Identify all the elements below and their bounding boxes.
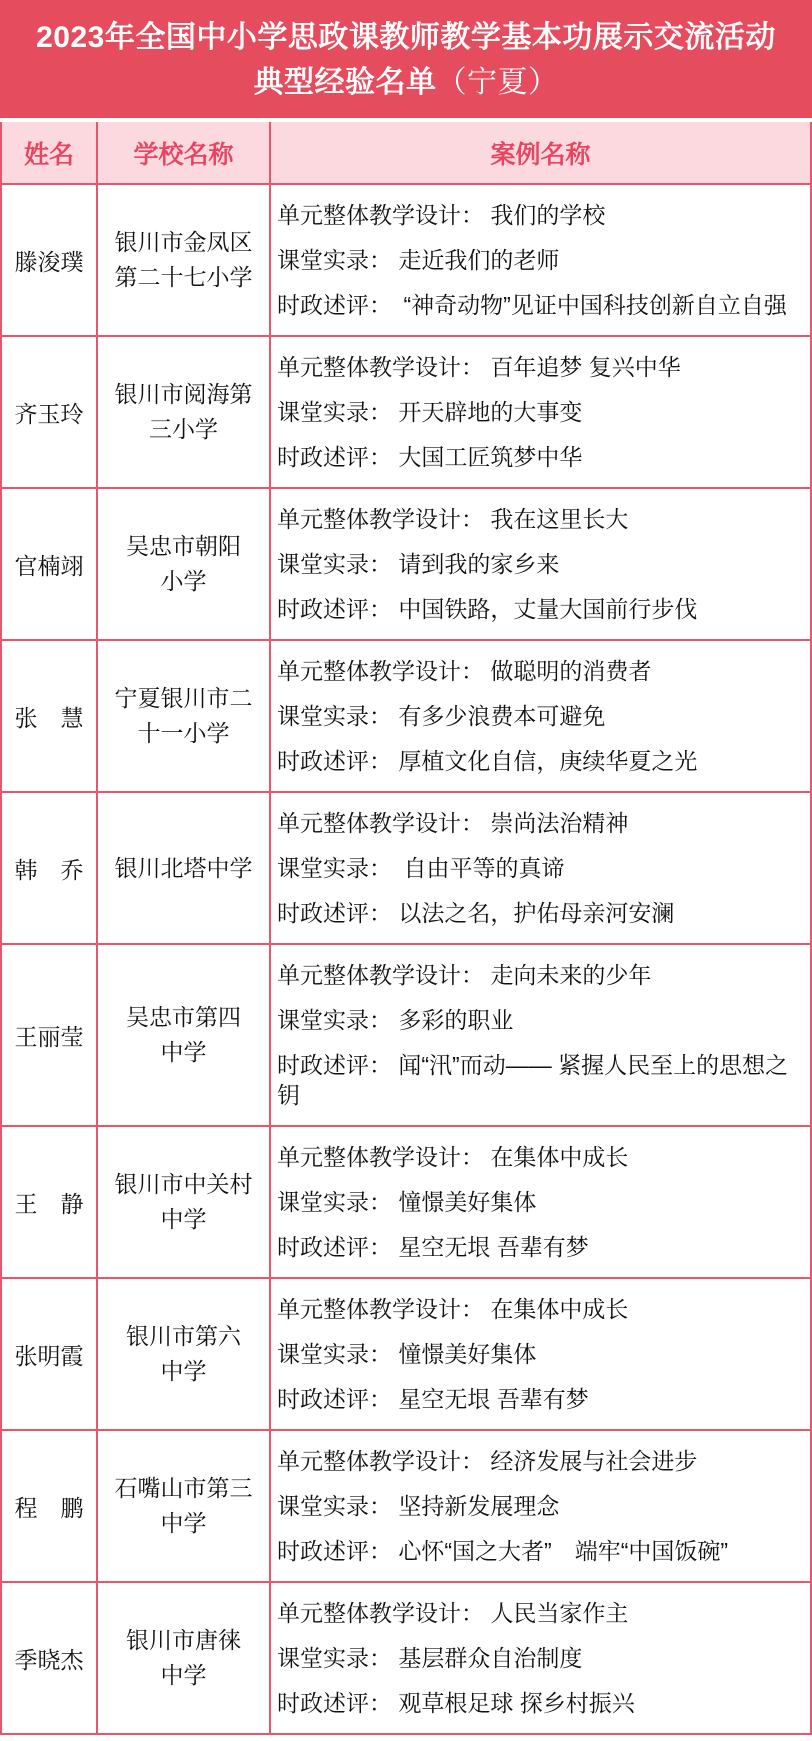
- header-name: 姓名: [1, 122, 97, 184]
- title-banner: 2023年全国中小学思政课教师教学基本功展示交流活动 典型经验名单（宁夏）: [0, 0, 812, 118]
- case-list: 单元整体教学设计： 经济发展与社会进步课堂实录： 坚持新发展理念时政述评： 心怀…: [270, 1430, 811, 1582]
- school-name: 银川市阅海第 三小学: [97, 336, 270, 488]
- case-item: 课堂实录： 憧憬美好集体: [277, 1187, 804, 1217]
- case-item: 课堂实录： 坚持新发展理念: [277, 1491, 804, 1521]
- case-item: 时政述评： 大国工匠筑梦中华: [277, 442, 804, 472]
- case-item: 单元整体教学设计： 做聪明的消费者: [277, 656, 804, 686]
- case-item: 单元整体教学设计： 在集体中成长: [277, 1294, 804, 1324]
- page-title-line1: 2023年全国中小学思政课教师教学基本功展示交流活动: [10, 15, 802, 60]
- case-list: 单元整体教学设计： 我们的学校课堂实录： 走近我们的老师时政述评： “神奇动物”…: [270, 184, 811, 336]
- case-item: 时政述评： 中国铁路，丈量大国前行步伐: [277, 594, 804, 624]
- teacher-name: 官楠翊: [1, 488, 97, 640]
- case-item: 单元整体教学设计： 走向未来的少年: [277, 960, 804, 990]
- case-item: 时政述评： “神奇动物”见证中国科技创新自立自强: [277, 290, 804, 320]
- table-body: 滕浚璞银川市金凤区 第二十七小学单元整体教学设计： 我们的学校课堂实录： 走近我…: [1, 184, 811, 1734]
- case-item: 单元整体教学设计： 百年追梦 复兴中华: [277, 352, 804, 382]
- case-item: 时政述评： 观草根足球 探乡村振兴: [277, 1688, 804, 1718]
- teacher-name: 王 静: [1, 1126, 97, 1278]
- case-list: 单元整体教学设计： 我在这里长大课堂实录： 请到我的家乡来时政述评： 中国铁路，…: [270, 488, 811, 640]
- case-item: 时政述评： 星空无垠 吾辈有梦: [277, 1232, 804, 1262]
- table-row: 王丽莹吴忠市第四 中学单元整体教学设计： 走向未来的少年课堂实录： 多彩的职业时…: [1, 944, 811, 1126]
- case-item: 单元整体教学设计： 在集体中成长: [277, 1142, 804, 1172]
- table-row: 王 静银川市中关村 中学单元整体教学设计： 在集体中成长课堂实录： 憧憬美好集体…: [1, 1126, 811, 1278]
- teacher-name: 滕浚璞: [1, 184, 97, 336]
- page-title-line2: 典型经验名单（宁夏）: [10, 60, 802, 105]
- school-name: 银川市第六 中学: [97, 1278, 270, 1430]
- case-item: 单元整体教学设计： 人民当家作主: [277, 1598, 804, 1628]
- school-name: 银川市中关村 中学: [97, 1126, 270, 1278]
- case-item: 课堂实录： 基层群众自治制度: [277, 1643, 804, 1673]
- case-item: 课堂实录： 有多少浪费本可避免: [277, 701, 804, 731]
- case-item: 时政述评： 厚植文化自信，庚续华夏之光: [277, 746, 804, 776]
- header-case: 案例名称: [270, 122, 811, 184]
- case-item: 课堂实录： 请到我的家乡来: [277, 549, 804, 579]
- case-item: 课堂实录： 开天辟地的大事变: [277, 397, 804, 427]
- table-row: 官楠翊吴忠市朝阳 小学单元整体教学设计： 我在这里长大课堂实录： 请到我的家乡来…: [1, 488, 811, 640]
- school-name: 银川市唐徕 中学: [97, 1582, 270, 1734]
- page-title-line2-main: 典型经验名单: [254, 66, 437, 99]
- case-item: 单元整体教学设计： 经济发展与社会进步: [277, 1446, 804, 1476]
- case-item: 时政述评： 星空无垠 吾辈有梦: [277, 1384, 804, 1414]
- table-row: 程 鹏石嘴山市第三 中学单元整体教学设计： 经济发展与社会进步课堂实录： 坚持新…: [1, 1430, 811, 1582]
- header-row: 姓名 学校名称 案例名称: [1, 122, 811, 184]
- case-item: 课堂实录： 憧憬美好集体: [277, 1339, 804, 1369]
- teacher-name: 王丽莹: [1, 944, 97, 1126]
- case-item: 时政述评： 以法之名，护佑母亲河安澜: [277, 898, 804, 928]
- teacher-name: 张明霞: [1, 1278, 97, 1430]
- school-name: 吴忠市朝阳 小学: [97, 488, 270, 640]
- header-school: 学校名称: [97, 122, 270, 184]
- case-item: 单元整体教学设计： 我们的学校: [277, 200, 804, 230]
- school-name: 银川市金凤区 第二十七小学: [97, 184, 270, 336]
- case-item: 时政述评： 闻“汛”而动—— 紧握人民至上的思想之钥: [277, 1050, 804, 1110]
- school-name: 石嘴山市第三 中学: [97, 1430, 270, 1582]
- school-name: 宁夏银川市二 十一小学: [97, 640, 270, 792]
- case-item: 课堂实录： 走近我们的老师: [277, 245, 804, 275]
- case-item: 单元整体教学设计： 崇尚法治精神: [277, 808, 804, 838]
- case-list: 单元整体教学设计： 做聪明的消费者课堂实录： 有多少浪费本可避免时政述评： 厚植…: [270, 640, 811, 792]
- case-item: 时政述评： 心怀“国之大者” 端牢“中国饭碗”: [277, 1536, 804, 1566]
- experience-table: 姓名 学校名称 案例名称 滕浚璞银川市金凤区 第二十七小学单元整体教学设计： 我…: [0, 122, 812, 1735]
- table-row: 韩 乔银川北塔中学单元整体教学设计： 崇尚法治精神课堂实录： 自由平等的真谛时政…: [1, 792, 811, 944]
- case-list: 单元整体教学设计： 人民当家作主课堂实录： 基层群众自治制度时政述评： 观草根足…: [270, 1582, 811, 1734]
- case-list: 单元整体教学设计： 在集体中成长课堂实录： 憧憬美好集体时政述评： 星空无垠 吾…: [270, 1126, 811, 1278]
- case-item: 单元整体教学设计： 我在这里长大: [277, 504, 804, 534]
- table-row: 张 慧宁夏银川市二 十一小学单元整体教学设计： 做聪明的消费者课堂实录： 有多少…: [1, 640, 811, 792]
- teacher-name: 张 慧: [1, 640, 97, 792]
- case-list: 单元整体教学设计： 走向未来的少年课堂实录： 多彩的职业时政述评： 闻“汛”而动…: [270, 944, 811, 1126]
- case-list: 单元整体教学设计： 崇尚法治精神课堂实录： 自由平等的真谛时政述评： 以法之名，…: [270, 792, 811, 944]
- table-row: 季晓杰银川市唐徕 中学单元整体教学设计： 人民当家作主课堂实录： 基层群众自治制…: [1, 1582, 811, 1734]
- case-item: 课堂实录： 多彩的职业: [277, 1005, 804, 1035]
- case-item: 课堂实录： 自由平等的真谛: [277, 853, 804, 883]
- teacher-name: 程 鹏: [1, 1430, 97, 1582]
- table-row: 张明霞银川市第六 中学单元整体教学设计： 在集体中成长课堂实录： 憧憬美好集体时…: [1, 1278, 811, 1430]
- school-name: 吴忠市第四 中学: [97, 944, 270, 1126]
- case-list: 单元整体教学设计： 在集体中成长课堂实录： 憧憬美好集体时政述评： 星空无垠 吾…: [270, 1278, 811, 1430]
- teacher-name: 齐玉玲: [1, 336, 97, 488]
- teacher-name: 韩 乔: [1, 792, 97, 944]
- teacher-name: 季晓杰: [1, 1582, 97, 1734]
- table-row: 齐玉玲银川市阅海第 三小学单元整体教学设计： 百年追梦 复兴中华课堂实录： 开天…: [1, 336, 811, 488]
- case-list: 单元整体教学设计： 百年追梦 复兴中华课堂实录： 开天辟地的大事变时政述评： 大…: [270, 336, 811, 488]
- school-name: 银川北塔中学: [97, 792, 270, 944]
- table-row: 滕浚璞银川市金凤区 第二十七小学单元整体教学设计： 我们的学校课堂实录： 走近我…: [1, 184, 811, 336]
- page-title-line2-region: （宁夏）: [437, 66, 559, 99]
